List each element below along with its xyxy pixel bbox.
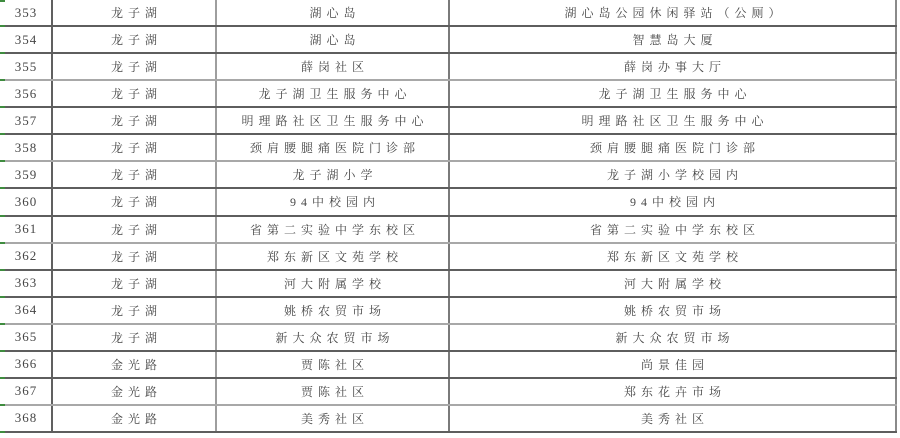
site-cell: 美秀社区	[217, 406, 450, 431]
location-cell: 颈肩腰腿痛医院门诊部	[450, 135, 897, 160]
location-cell: 新大众农贸市场	[450, 325, 897, 350]
location-cell: 郑东新区文苑学校	[450, 244, 897, 269]
site-cell: 郑东新区文苑学校	[217, 244, 450, 269]
site-cell: 贾陈社区	[217, 379, 450, 404]
table-row: 366金光路贾陈社区尚景佳园	[0, 352, 897, 379]
table-row: 367金光路贾陈社区郑东花卉市场	[0, 379, 897, 406]
site-cell: 颈肩腰腿痛医院门诊部	[217, 135, 450, 160]
location-cell: 薛岗办事大厅	[450, 54, 897, 79]
serial-cell: 366	[0, 352, 53, 377]
serial-cell: 368	[0, 406, 53, 431]
district-cell: 龙子湖	[53, 325, 217, 350]
district-cell: 金光路	[53, 379, 217, 404]
site-cell: 薛岗社区	[217, 54, 450, 79]
location-cell: 郑东花卉市场	[450, 379, 897, 404]
table-row: 357龙子湖明理路社区卫生服务中心明理路社区卫生服务中心	[0, 108, 897, 135]
table-row: 355龙子湖薛岗社区薛岗办事大厅	[0, 54, 897, 81]
district-cell: 龙子湖	[53, 244, 217, 269]
district-cell: 龙子湖	[53, 135, 217, 160]
site-cell: 新大众农贸市场	[217, 325, 450, 350]
district-cell: 龙子湖	[53, 108, 217, 133]
site-cell: 湖心岛	[217, 27, 450, 52]
location-cell: 智慧岛大厦	[450, 27, 897, 52]
facilities-table: 353龙子湖湖心岛湖心岛公园休闲驿站（公厕）354龙子湖湖心岛智慧岛大厦355龙…	[0, 0, 897, 433]
serial-cell: 367	[0, 379, 53, 404]
table-row: 362龙子湖郑东新区文苑学校郑东新区文苑学校	[0, 244, 897, 271]
table-row: 360龙子湖94中校园内94中校园内	[0, 189, 897, 216]
location-cell: 明理路社区卫生服务中心	[450, 108, 897, 133]
table-row: 353龙子湖湖心岛湖心岛公园休闲驿站（公厕）	[0, 0, 897, 27]
serial-cell: 355	[0, 54, 53, 79]
serial-cell: 359	[0, 162, 53, 187]
district-cell: 金光路	[53, 352, 217, 377]
table-row: 368金光路美秀社区美秀社区	[0, 406, 897, 433]
district-cell: 龙子湖	[53, 81, 217, 106]
serial-cell: 357	[0, 108, 53, 133]
district-cell: 龙子湖	[53, 189, 217, 214]
scanner-tick-mark	[0, 0, 5, 2]
site-cell: 龙子湖卫生服务中心	[217, 81, 450, 106]
site-cell: 姚桥农贸市场	[217, 298, 450, 323]
location-cell: 94中校园内	[450, 189, 897, 214]
serial-cell: 361	[0, 217, 53, 242]
site-cell: 湖心岛	[217, 0, 450, 25]
table-row: 359龙子湖龙子湖小学龙子湖小学校园内	[0, 162, 897, 189]
district-cell: 龙子湖	[53, 217, 217, 242]
district-cell: 龙子湖	[53, 0, 217, 25]
district-cell: 龙子湖	[53, 162, 217, 187]
serial-cell: 364	[0, 298, 53, 323]
serial-cell: 363	[0, 271, 53, 296]
location-cell: 龙子湖小学校园内	[450, 162, 897, 187]
site-cell: 省第二实验中学东校区	[217, 217, 450, 242]
location-cell: 龙子湖卫生服务中心	[450, 81, 897, 106]
district-cell: 龙子湖	[53, 54, 217, 79]
site-cell: 龙子湖小学	[217, 162, 450, 187]
table-row: 361龙子湖省第二实验中学东校区省第二实验中学东校区	[0, 217, 897, 244]
serial-cell: 362	[0, 244, 53, 269]
location-cell: 湖心岛公园休闲驿站（公厕）	[450, 0, 897, 25]
serial-cell: 365	[0, 325, 53, 350]
table-row: 363龙子湖河大附属学校河大附属学校	[0, 271, 897, 298]
location-cell: 美秀社区	[450, 406, 897, 431]
site-cell: 94中校园内	[217, 189, 450, 214]
serial-cell: 354	[0, 27, 53, 52]
location-cell: 尚景佳园	[450, 352, 897, 377]
district-cell: 龙子湖	[53, 298, 217, 323]
site-cell: 明理路社区卫生服务中心	[217, 108, 450, 133]
serial-cell: 353	[0, 0, 53, 25]
table-row: 354龙子湖湖心岛智慧岛大厦	[0, 27, 897, 54]
table-row: 358龙子湖颈肩腰腿痛医院门诊部颈肩腰腿痛医院门诊部	[0, 135, 897, 162]
district-cell: 金光路	[53, 406, 217, 431]
location-cell: 河大附属学校	[450, 271, 897, 296]
location-cell: 姚桥农贸市场	[450, 298, 897, 323]
site-cell: 贾陈社区	[217, 352, 450, 377]
serial-cell: 358	[0, 135, 53, 160]
serial-cell: 356	[0, 81, 53, 106]
table-row: 356龙子湖龙子湖卫生服务中心龙子湖卫生服务中心	[0, 81, 897, 108]
location-cell: 省第二实验中学东校区	[450, 217, 897, 242]
site-cell: 河大附属学校	[217, 271, 450, 296]
district-cell: 龙子湖	[53, 271, 217, 296]
table-row: 365龙子湖新大众农贸市场新大众农贸市场	[0, 325, 897, 352]
district-cell: 龙子湖	[53, 27, 217, 52]
serial-cell: 360	[0, 189, 53, 214]
table-row: 364龙子湖姚桥农贸市场姚桥农贸市场	[0, 298, 897, 325]
